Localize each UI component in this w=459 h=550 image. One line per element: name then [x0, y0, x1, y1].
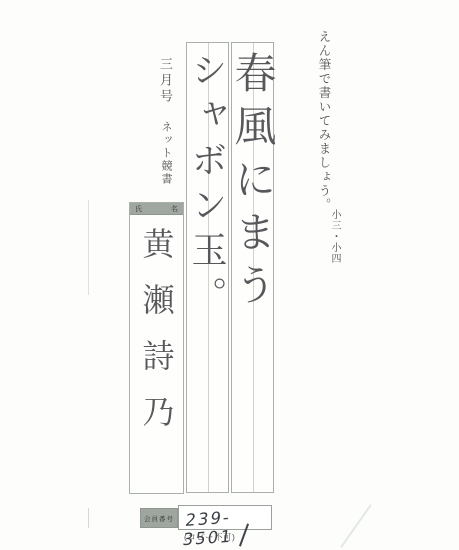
member-number-label: 会員番号: [140, 508, 178, 528]
scan-fold-tick: [88, 508, 89, 528]
grade-note: 小三・小四: [327, 209, 342, 264]
member-number-box: 239-3501: [178, 505, 272, 530]
instruction-text: えん筆で書いてみましょう。: [315, 30, 333, 212]
practice-column-1: 春風にまう: [231, 42, 274, 493]
scan-fold-line: [88, 200, 89, 295]
scan-artifact-diagonal: [340, 504, 371, 548]
name-label-right: 名: [171, 204, 178, 214]
handwritten-name: 黄瀬詩乃: [134, 227, 180, 451]
handwritten-phrase-line-2: シャボン玉。: [182, 51, 233, 321]
calligraphy-practice-sheet: えん筆で書いてみましょう。 小三・小四 三月号 ネット競書 春風にまう シャボン…: [0, 0, 459, 550]
name-label-left: 氏: [135, 204, 142, 214]
magazine-label: ネット競書: [158, 121, 174, 186]
issue-label: 三月号: [156, 57, 175, 105]
name-box-header: 氏 名: [130, 203, 183, 215]
practice-column-2: シャボン玉。: [186, 42, 229, 493]
name-box: 氏 名 黄瀬詩乃: [129, 202, 184, 494]
copy-prohibited-note: (コピー不可): [184, 531, 235, 543]
